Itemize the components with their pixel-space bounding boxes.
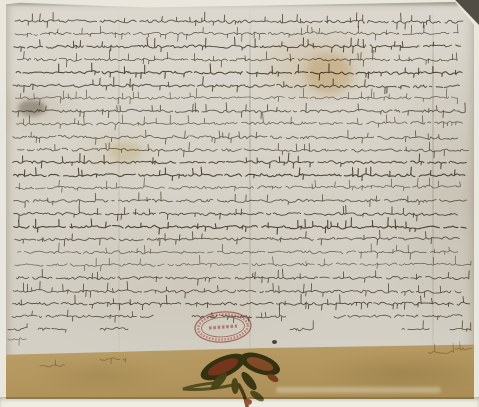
stamp-center-lettering [209,326,237,328]
parchment-stain [110,142,142,162]
photo-frame [0,0,479,407]
fold-crease [118,6,120,383]
fold-crease [432,6,434,383]
faint-watermark [276,387,441,393]
pressed-plant [165,341,295,407]
plant-small-leaf [231,378,239,394]
stamp-rings [194,310,252,344]
parchment-stain [306,54,352,94]
plant-sprig [183,383,233,390]
ink-smudge [18,100,46,116]
plant-red-bud [244,399,252,405]
